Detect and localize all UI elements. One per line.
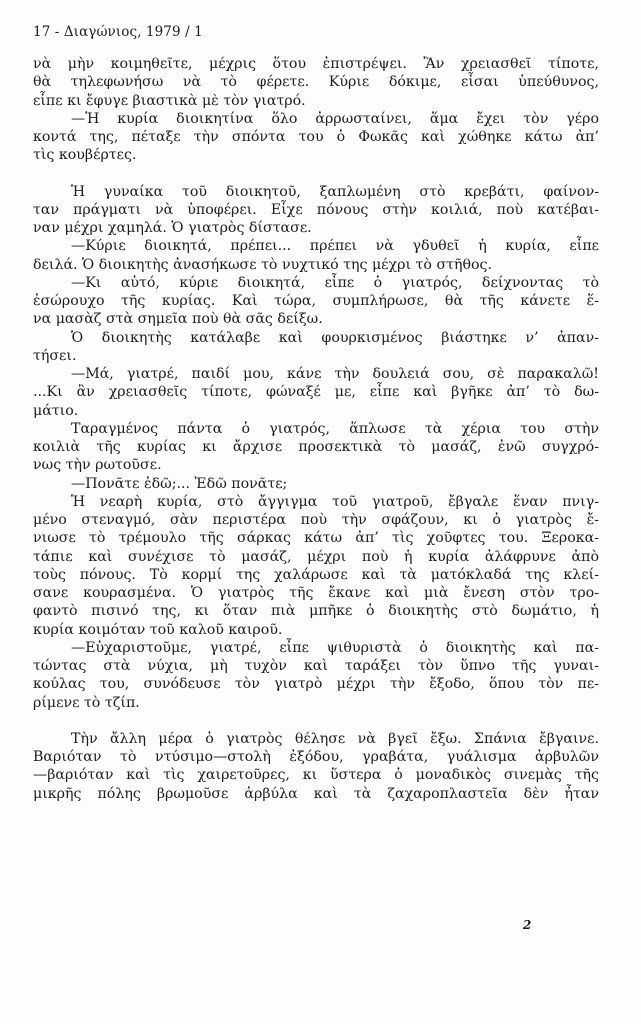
text-line: ...Κι ἂν χρειασθεῖς τίποτε, φώναξέ με, ε… [33,383,599,401]
text-line: νὰ μὴν κοιμηθεῖτε, μέχρις ὅτου ἐπιστρέψε… [33,55,599,73]
text-line: —Κι αὐτό, κύριε διοικητά, εἶπε ὁ γιατρός… [33,274,599,292]
text-line: —Κύριε διοικητά, πρέπει... πρέπει νὰ γδυ… [33,237,599,255]
text-line: τοὺς πόνους. Τὸ κορμί της χαλάρωσε καὶ τ… [33,566,599,584]
body-text: νὰ μὴν κοιμηθεῖτε, μέχρις ὅτου ἐπιστρέψε… [33,55,599,803]
text-line: μικρῆς πόλης βρωμοῦσε ἀρβύλα καὶ τὰ ζαχα… [33,785,599,803]
text-line: τάπιε καὶ συνέχισε τὸ μασάζ, μέχρι ποὺ ἡ… [33,548,599,566]
paragraph-2: Ἡ γυναίκα τοῦ διοικητοῦ, ξαπλωμένη στὸ κ… [33,183,599,712]
text-line: Τὴν ἄλλη μέρα ὁ γιατρὸς θέλησε νὰ βγεῖ ἔ… [33,730,599,748]
text-line: κοντά της, πέταξε τὴν σπόντα του ὁ Φωκᾶς… [33,128,599,146]
text-line: εἶπε κι ἔφυγε βιαστικὰ μὲ τὸν γιατρό. [33,92,599,110]
text-line: θὰ τηλεφωνήσω νὰ τὸ φέρετε. Κύριε δόκιμε… [33,73,599,91]
text-line: —Ἡ κυρία διοικητίνα ὅλο ἀρρωσταίνει, ἅμα… [33,110,599,128]
text-line: —Πονᾶτε ἐδῶ;... Ἐδῶ πονᾶτε; [33,475,599,493]
text-line: Ὁ διοικητὴς κατάλαβε καὶ φουρκισμένος βι… [33,329,599,347]
paragraph-3: Τὴν ἄλλη μέρα ὁ γιατρὸς θέλησε νὰ βγεῖ ἔ… [33,730,599,803]
paragraph-1: νὰ μὴν κοιμηθεῖτε, μέχρις ὅτου ἐπιστρέψε… [33,55,599,165]
text-line: —βαριόταν καὶ τὶς χαιρετοῦρες, κι ὕστερα… [33,766,599,784]
text-line: μένο στεναγμό, σὰν περιστέρα ποὺ τὴν σφά… [33,511,599,529]
text-line: τὶς κουβέρτες. [33,146,599,164]
text-line: κοιλιὰ τῆς κυρίας κι ἄρχισε προσεκτικὰ τ… [33,438,599,456]
text-line: —Εὐχαριστοῦμε, γιατρέ, εἶπε ψιθυριστὰ ὁ … [33,639,599,657]
text-line: τήσει. [33,347,599,365]
text-line: τώντας στὰ νύχια, μὴ τυχὸν καὶ ταράξει τ… [33,657,599,675]
text-line: κούλας του, συνόδευσε τὸν γιατρὸ μέχρι τ… [33,675,599,693]
section-gap [33,712,599,730]
text-line: ἐσώρουχο τῆς κυρίας. Καὶ τώρα, συμπλήρωσ… [33,292,599,310]
text-line: Ἡ νεαρὴ κυρία, στὸ ἄγγιγμα τοῦ γιατροῦ, … [33,493,599,511]
text-line: φαντὸ πισινό της, κι ὅταν πιὰ μπῆκε ὁ δι… [33,602,599,620]
text-line: σανε κουρασμένα. Ὁ γιατρὸς τῆς ἔκανε καὶ… [33,584,599,602]
section-gap [33,165,599,183]
text-line: νιωσε τὸ τρέμουλο τῆς σάρκας κάτω ἀπ’ τὶ… [33,529,599,547]
text-line: νως τὴν ρωτοῦσε. [33,456,599,474]
text-line: Βαριόταν τὸ ντύσιμο—στολὴ ἐξόδου, γραβάτ… [33,748,599,766]
text-line: κυρία κοιμόταν τοῦ καλοῦ καιροῦ. [33,621,599,639]
text-line: —Μά, γιατρέ, παιδί μου, κάνε τὴν δουλειά… [33,365,599,383]
text-line: Ἡ γυναίκα τοῦ διοικητοῦ, ξαπλωμένη στὸ κ… [33,183,599,201]
page-number: 2 [523,918,531,932]
text-line: δειλά. Ὁ διοικητὴς ἀνασήκωσε τὸ νυχτικό … [33,256,599,274]
text-line: μάτιο. [33,402,599,420]
text-line: ταν πράγματι νὰ ὑποφέρει. Εἶχε πόνους στ… [33,201,599,219]
text-line: Ταραγμένος πάντα ὁ γιατρός, ἅπλωσε τὰ χέ… [33,420,599,438]
text-line: ναν μέχρι χαμηλά. Ὁ γιατρὸς δίστασε. [33,219,599,237]
text-line: να μασὰζ στὰ σημεῖα ποὺ θὰ σᾶς δείξω. [33,310,599,328]
text-line: ρίμενε τὸ τζίπ. [33,694,599,712]
journal-header: 17 - Διαγώνιος, 1979 / 1 [33,24,203,40]
